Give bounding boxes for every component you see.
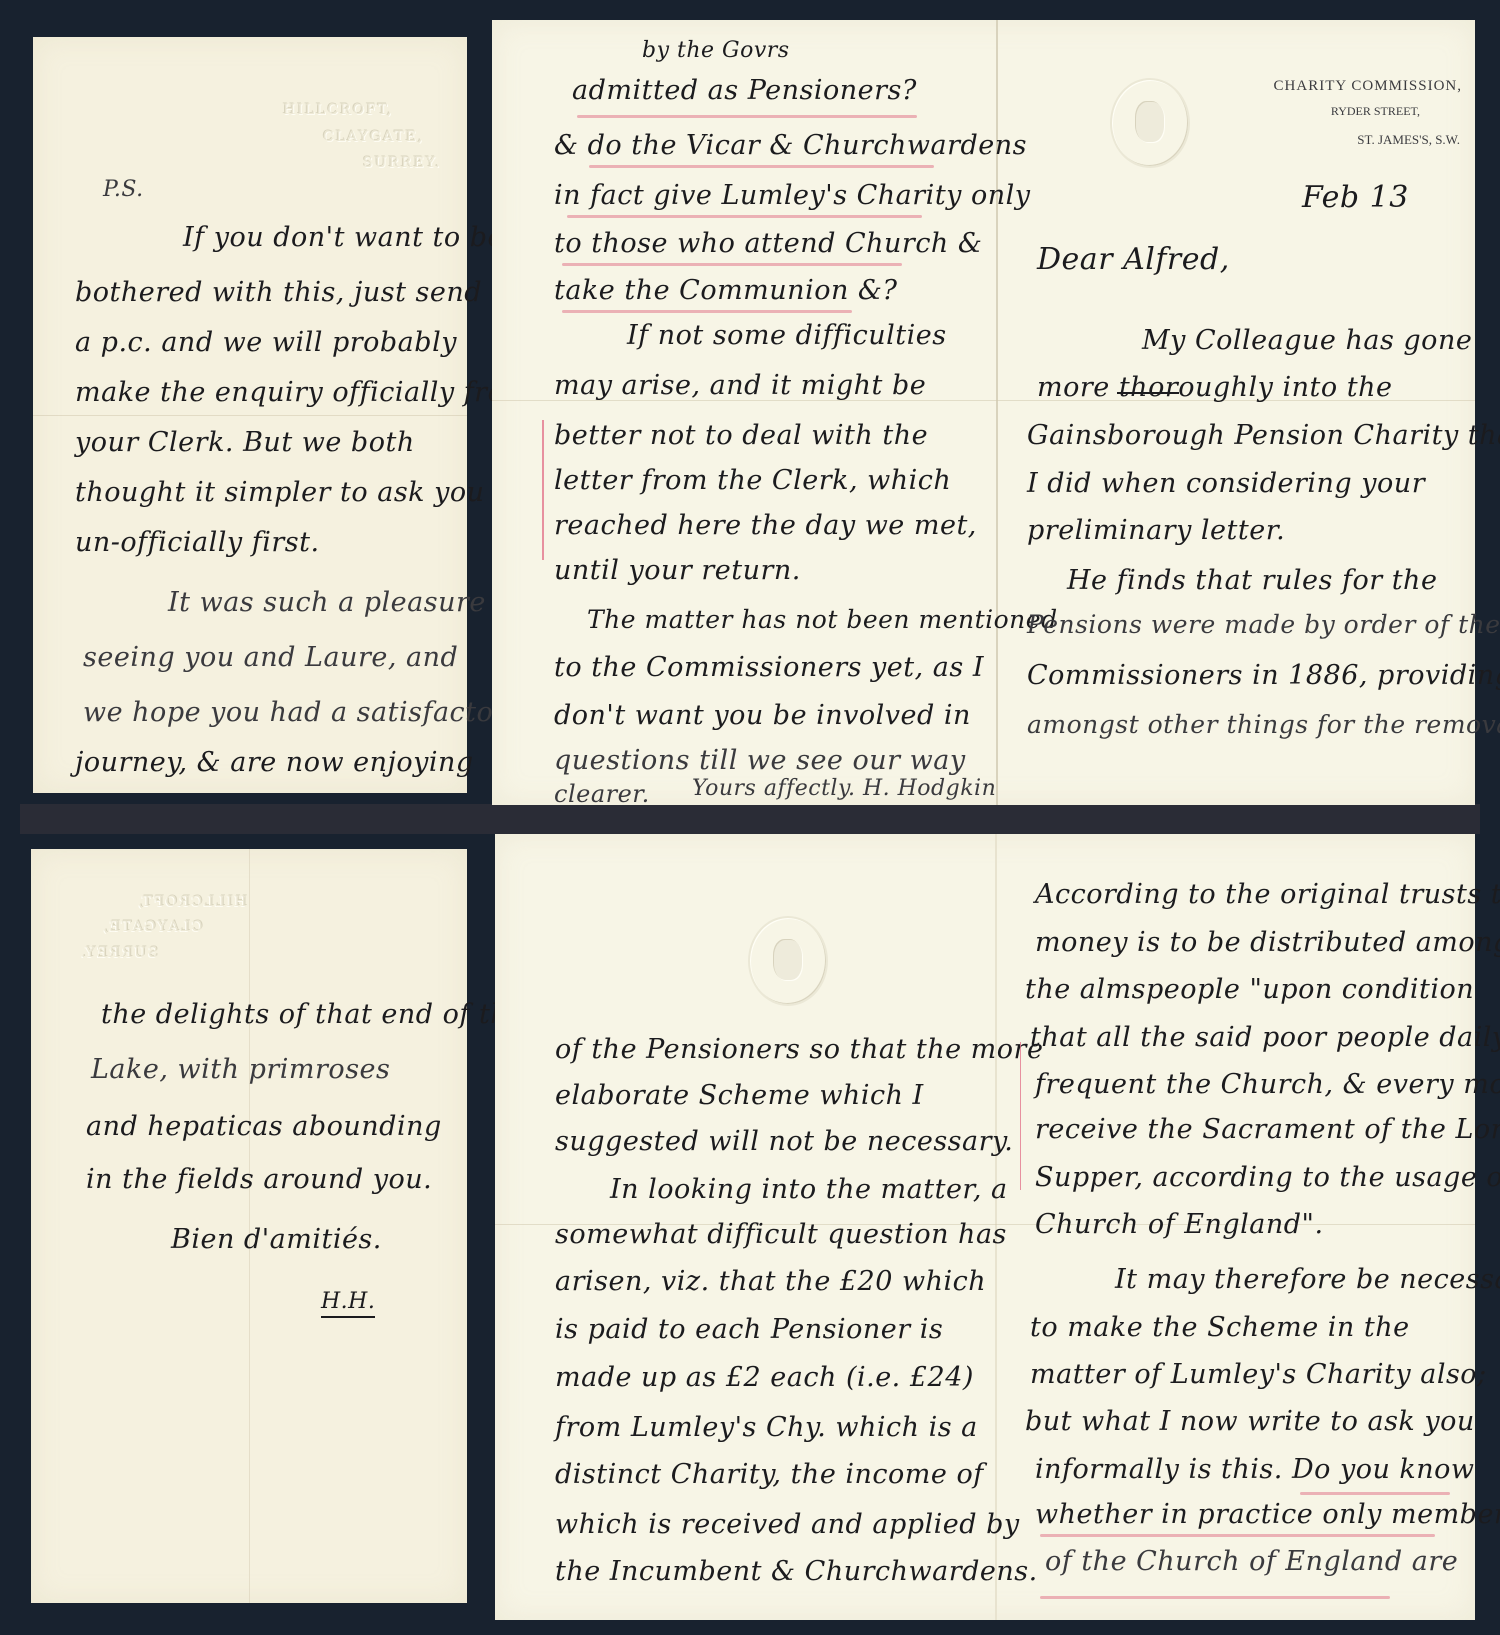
handwritten-line: receive the Sacrament of the Lord's <box>1035 1114 1500 1145</box>
handwritten-line: informally is this. Do you know <box>1035 1454 1475 1485</box>
handwritten-line: made up as £2 each (i.e. £24) <box>555 1362 974 1393</box>
handwritten-line: the Incumbent & Churchwardens. <box>555 1556 1038 1587</box>
handwritten-line: Commissioners in 1886, providing <box>1027 660 1500 691</box>
handwritten-line: Church of England". <box>1035 1209 1324 1240</box>
handwritten-line: in the fields around you. <box>86 1164 432 1195</box>
letter-spread-top-right: by the Govrs admitted as Pensioners? & d… <box>492 20 1475 805</box>
handwritten-line: I did when considering your <box>1027 468 1425 499</box>
handwritten-line: frequent the Church, & every month <box>1035 1069 1500 1100</box>
handwritten-line: take the Communion &? <box>554 275 897 306</box>
handwritten-line: Supper, according to the usage of the <box>1035 1162 1500 1193</box>
letterhead: CHARITY COMMISSION, RYDER STREET, ST. JA… <box>1192 78 1462 178</box>
red-pencil-underline <box>589 165 934 168</box>
handwritten-line: don't want you be involved in <box>554 700 971 731</box>
handwritten-line: clearer. <box>554 780 650 808</box>
letterhead-org: CHARITY COMMISSION, <box>1274 78 1462 95</box>
handwritten-line: in fact give Lumley's Charity only <box>554 180 1031 211</box>
embossed-seal <box>1110 78 1190 168</box>
handwritten-line: the delights of that end of the <box>101 999 525 1030</box>
handwritten-line: bothered with this, just send <box>75 277 482 308</box>
handwritten-line: journey, & are now enjoying <box>75 747 474 778</box>
handwritten-line: matter of Lumley's Charity also; <box>1030 1359 1487 1390</box>
mount-strip-middle <box>20 804 1480 834</box>
handwritten-line: and hepaticas abounding <box>86 1111 442 1142</box>
handwritten-line: He finds that rules for the <box>1067 565 1437 596</box>
handwritten-line: In looking into the matter, a <box>610 1174 1008 1205</box>
handwritten-line: elaborate Scheme which I <box>555 1080 924 1111</box>
embossed-address-line-2: CLAYGATE, <box>323 129 424 145</box>
handwritten-line: make the enquiry officially from <box>75 377 530 408</box>
handwritten-line: amongst other things for the removal <box>1027 710 1500 739</box>
handwritten-line: thought it simpler to ask you <box>75 477 485 508</box>
signature-initials: H.H. <box>321 1289 375 1318</box>
handwritten-line: we hope you had a satisfactory <box>83 697 522 728</box>
fold-line <box>33 415 467 416</box>
handwritten-line: which is received and applied by <box>555 1509 1020 1540</box>
embossed-address-mirrored-line-3: SURREY. <box>79 945 158 961</box>
letter-spread-bottom-right: of the Pensioners so that the more elabo… <box>495 834 1475 1620</box>
handwritten-line: somewhat difficult question has <box>555 1219 1007 1250</box>
handwritten-line: your Clerk. But we both <box>75 427 415 458</box>
handwritten-line: questions till we see our way <box>554 745 966 776</box>
red-pencil-underline <box>1040 1534 1435 1537</box>
handwritten-line: arisen, viz. that the £20 which <box>555 1266 986 1297</box>
letterhead-district: ST. JAMES'S, S.W. <box>1357 132 1460 148</box>
handwritten-line: the almspeople "upon condition <box>1025 974 1474 1005</box>
letter-date: Feb 13 <box>1302 180 1409 215</box>
handwritten-line: Gainsborough Pension Charity than <box>1027 420 1500 451</box>
handwritten-line: a p.c. and we will probably <box>75 327 457 358</box>
interlinear-note: by the Govrs <box>642 38 790 63</box>
handwritten-line: to those who attend Church & <box>554 228 982 259</box>
handwritten-line: is paid to each Pensioner is <box>555 1314 943 1345</box>
handwritten-line: According to the original trusts the <box>1035 879 1500 910</box>
handwritten-line: admitted as Pensioners? <box>572 75 917 106</box>
struck-word <box>1117 392 1179 394</box>
embossed-seal <box>748 916 828 1006</box>
handwritten-line: distinct Charity, the income of <box>555 1459 984 1490</box>
closing: Bien d'amitiés. <box>171 1224 382 1255</box>
handwritten-line: that all the said poor people daily <box>1030 1022 1500 1053</box>
handwritten-line: whether in practice only members <box>1035 1499 1500 1530</box>
handwritten-line: more thoroughly into the <box>1037 372 1392 403</box>
red-pencil-underline <box>1300 1492 1450 1495</box>
handwritten-line: from Lumley's Chy. which is a <box>555 1412 978 1443</box>
red-pencil-margin-mark <box>542 420 544 560</box>
signature: Yours affectly. H. Hodgkin <box>692 776 996 801</box>
letterhead-street: RYDER STREET, <box>1331 104 1420 119</box>
ps-label: P.S. <box>103 177 144 202</box>
handwritten-line: preliminary letter. <box>1027 515 1285 546</box>
handwritten-line: If not some difficulties <box>627 320 947 351</box>
handwritten-line: reached here the day we met, <box>554 510 977 541</box>
handwritten-line: letter from the Clerk, which <box>554 465 951 496</box>
embossed-address-line-1: HILLCROFT, <box>283 102 394 118</box>
handwritten-line: The matter has not been mentioned <box>587 605 1058 634</box>
handwritten-line: until your return. <box>554 555 801 586</box>
handwritten-line: of the Pensioners so that the more <box>555 1034 1043 1065</box>
handwritten-line: un-officially first. <box>75 527 320 558</box>
handwritten-line: My Colleague has gone <box>1142 325 1472 356</box>
red-pencil-underline <box>562 310 852 313</box>
handwritten-line: money is to be distributed amongst <box>1035 927 1500 958</box>
red-pencil-underline <box>562 263 902 266</box>
letter-page-bottom-left: HILLCROFT, CLAYGATE, SURREY. the delight… <box>31 849 467 1603</box>
handwritten-line: Lake, with primroses <box>91 1054 390 1085</box>
handwritten-line: but what I now write to ask you <box>1025 1406 1475 1437</box>
handwritten-line: It was such a pleasure <box>168 587 486 618</box>
handwritten-line: It may therefore be necessary <box>1115 1264 1500 1295</box>
handwritten-line: to make the Scheme in the <box>1030 1312 1410 1343</box>
embossed-address-line-3: SURREY. <box>363 155 442 171</box>
handwritten-line: suggested will not be necessary. <box>555 1126 1013 1157</box>
salutation: Dear Alfred, <box>1037 242 1230 277</box>
handwritten-line: to the Commissioners yet, as I <box>554 652 984 683</box>
handwritten-line: & do the Vicar & Churchwardens <box>554 130 1027 161</box>
handwritten-line: better not to deal with the <box>554 420 928 451</box>
handwritten-line: may arise, and it might be <box>554 370 926 401</box>
red-pencil-margin-mark <box>1020 1042 1021 1190</box>
red-pencil-underline <box>1040 1596 1390 1599</box>
handwritten-line: of the Church of England are <box>1045 1546 1458 1577</box>
handwritten-line: If you don't want to be <box>183 222 504 253</box>
handwritten-line: seeing you and Laure, and <box>83 642 458 673</box>
red-pencil-underline <box>567 215 922 218</box>
embossed-address-mirrored-line-2: CLAYGATE, <box>101 919 202 935</box>
handwritten-line: Pensions were made by order of the <box>1027 610 1500 639</box>
embossed-address-mirrored-line-1: HILLCROFT, <box>136 894 247 910</box>
red-pencil-underline <box>577 115 917 118</box>
letter-page-top-left: HILLCROFT, CLAYGATE, SURREY. P.S. If you… <box>33 37 467 793</box>
